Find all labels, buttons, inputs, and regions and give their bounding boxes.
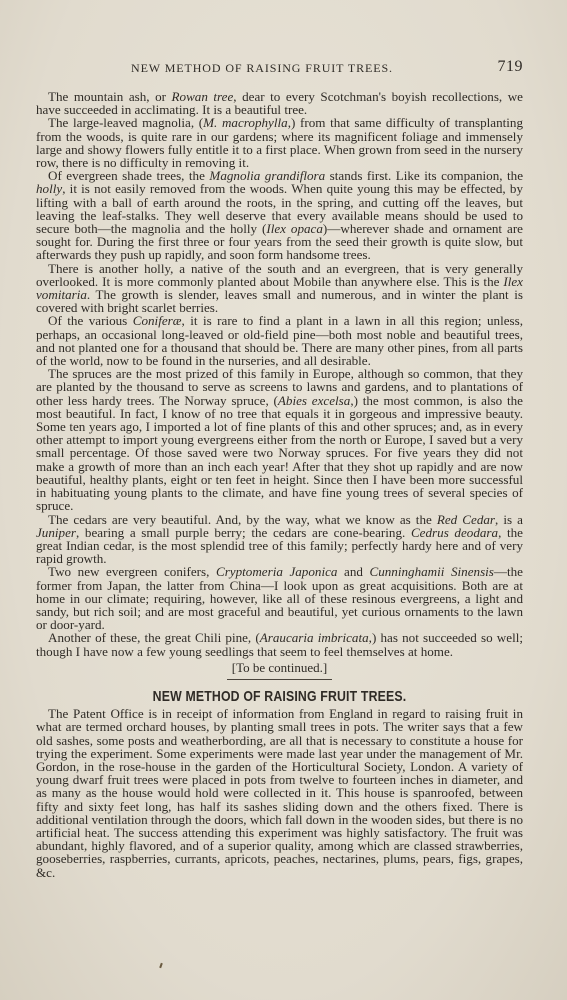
italic-term: M. macrophylla: [203, 115, 288, 130]
paragraph: Another of these, the great Chili pine, …: [36, 631, 523, 657]
article-fruit-trees: The Patent Office is in receipt of infor…: [36, 707, 523, 879]
italic-term: Coniferæ: [133, 313, 182, 328]
running-title: New Method of Raising Fruit Trees.: [131, 61, 393, 76]
running-head: New Method of Raising Fruit Trees. 719: [36, 58, 523, 78]
ink-speck: [159, 963, 163, 968]
article-title: NEW METHOD OF RAISING FRUIT TREES.: [80, 690, 479, 703]
italic-term: Abies excelsa: [278, 393, 350, 408]
paragraph: Two new evergreen conifers, Cryptomeria …: [36, 565, 523, 631]
to-be-continued-note: [To be continued.]: [36, 661, 523, 674]
paragraph: Of the various Coniferæ, it is rare to f…: [36, 314, 523, 367]
paragraph: The large-leaved magnolia, (M. macrophyl…: [36, 116, 523, 169]
italic-term: holly: [36, 181, 62, 196]
section-divider-rule: [227, 679, 332, 680]
italic-term: Araucaria imbricata: [260, 630, 369, 645]
italic-term: Magnolia grandiflora: [209, 168, 325, 183]
body-text: The mountain ash, or Rowan tree, dear to…: [36, 90, 523, 879]
italic-term: Ilex opaca: [266, 221, 323, 236]
paragraph: The Patent Office is in receipt of infor…: [36, 707, 523, 879]
article-trees-continued: The mountain ash, or Rowan tree, dear to…: [36, 90, 523, 658]
italic-term: Cedrus deodara: [411, 525, 498, 540]
italic-term: Juniper: [36, 525, 76, 540]
paragraph: The spruces are the most prized of this …: [36, 367, 523, 512]
italic-term: Ilex vomitaria: [36, 274, 523, 302]
paragraph: There is another holly, a native of the …: [36, 262, 523, 315]
italic-term: Rowan tree: [172, 89, 234, 104]
page-number: 719: [498, 58, 524, 76]
paragraph: Of evergreen shade trees, the Magnolia g…: [36, 169, 523, 261]
paragraph: The cedars are very beautiful. And, by t…: [36, 513, 523, 566]
paragraph: The mountain ash, or Rowan tree, dear to…: [36, 90, 523, 116]
italic-term: Cryptomeria Japonica: [216, 564, 337, 579]
italic-term: Cunninghamii Sinensis: [369, 564, 493, 579]
